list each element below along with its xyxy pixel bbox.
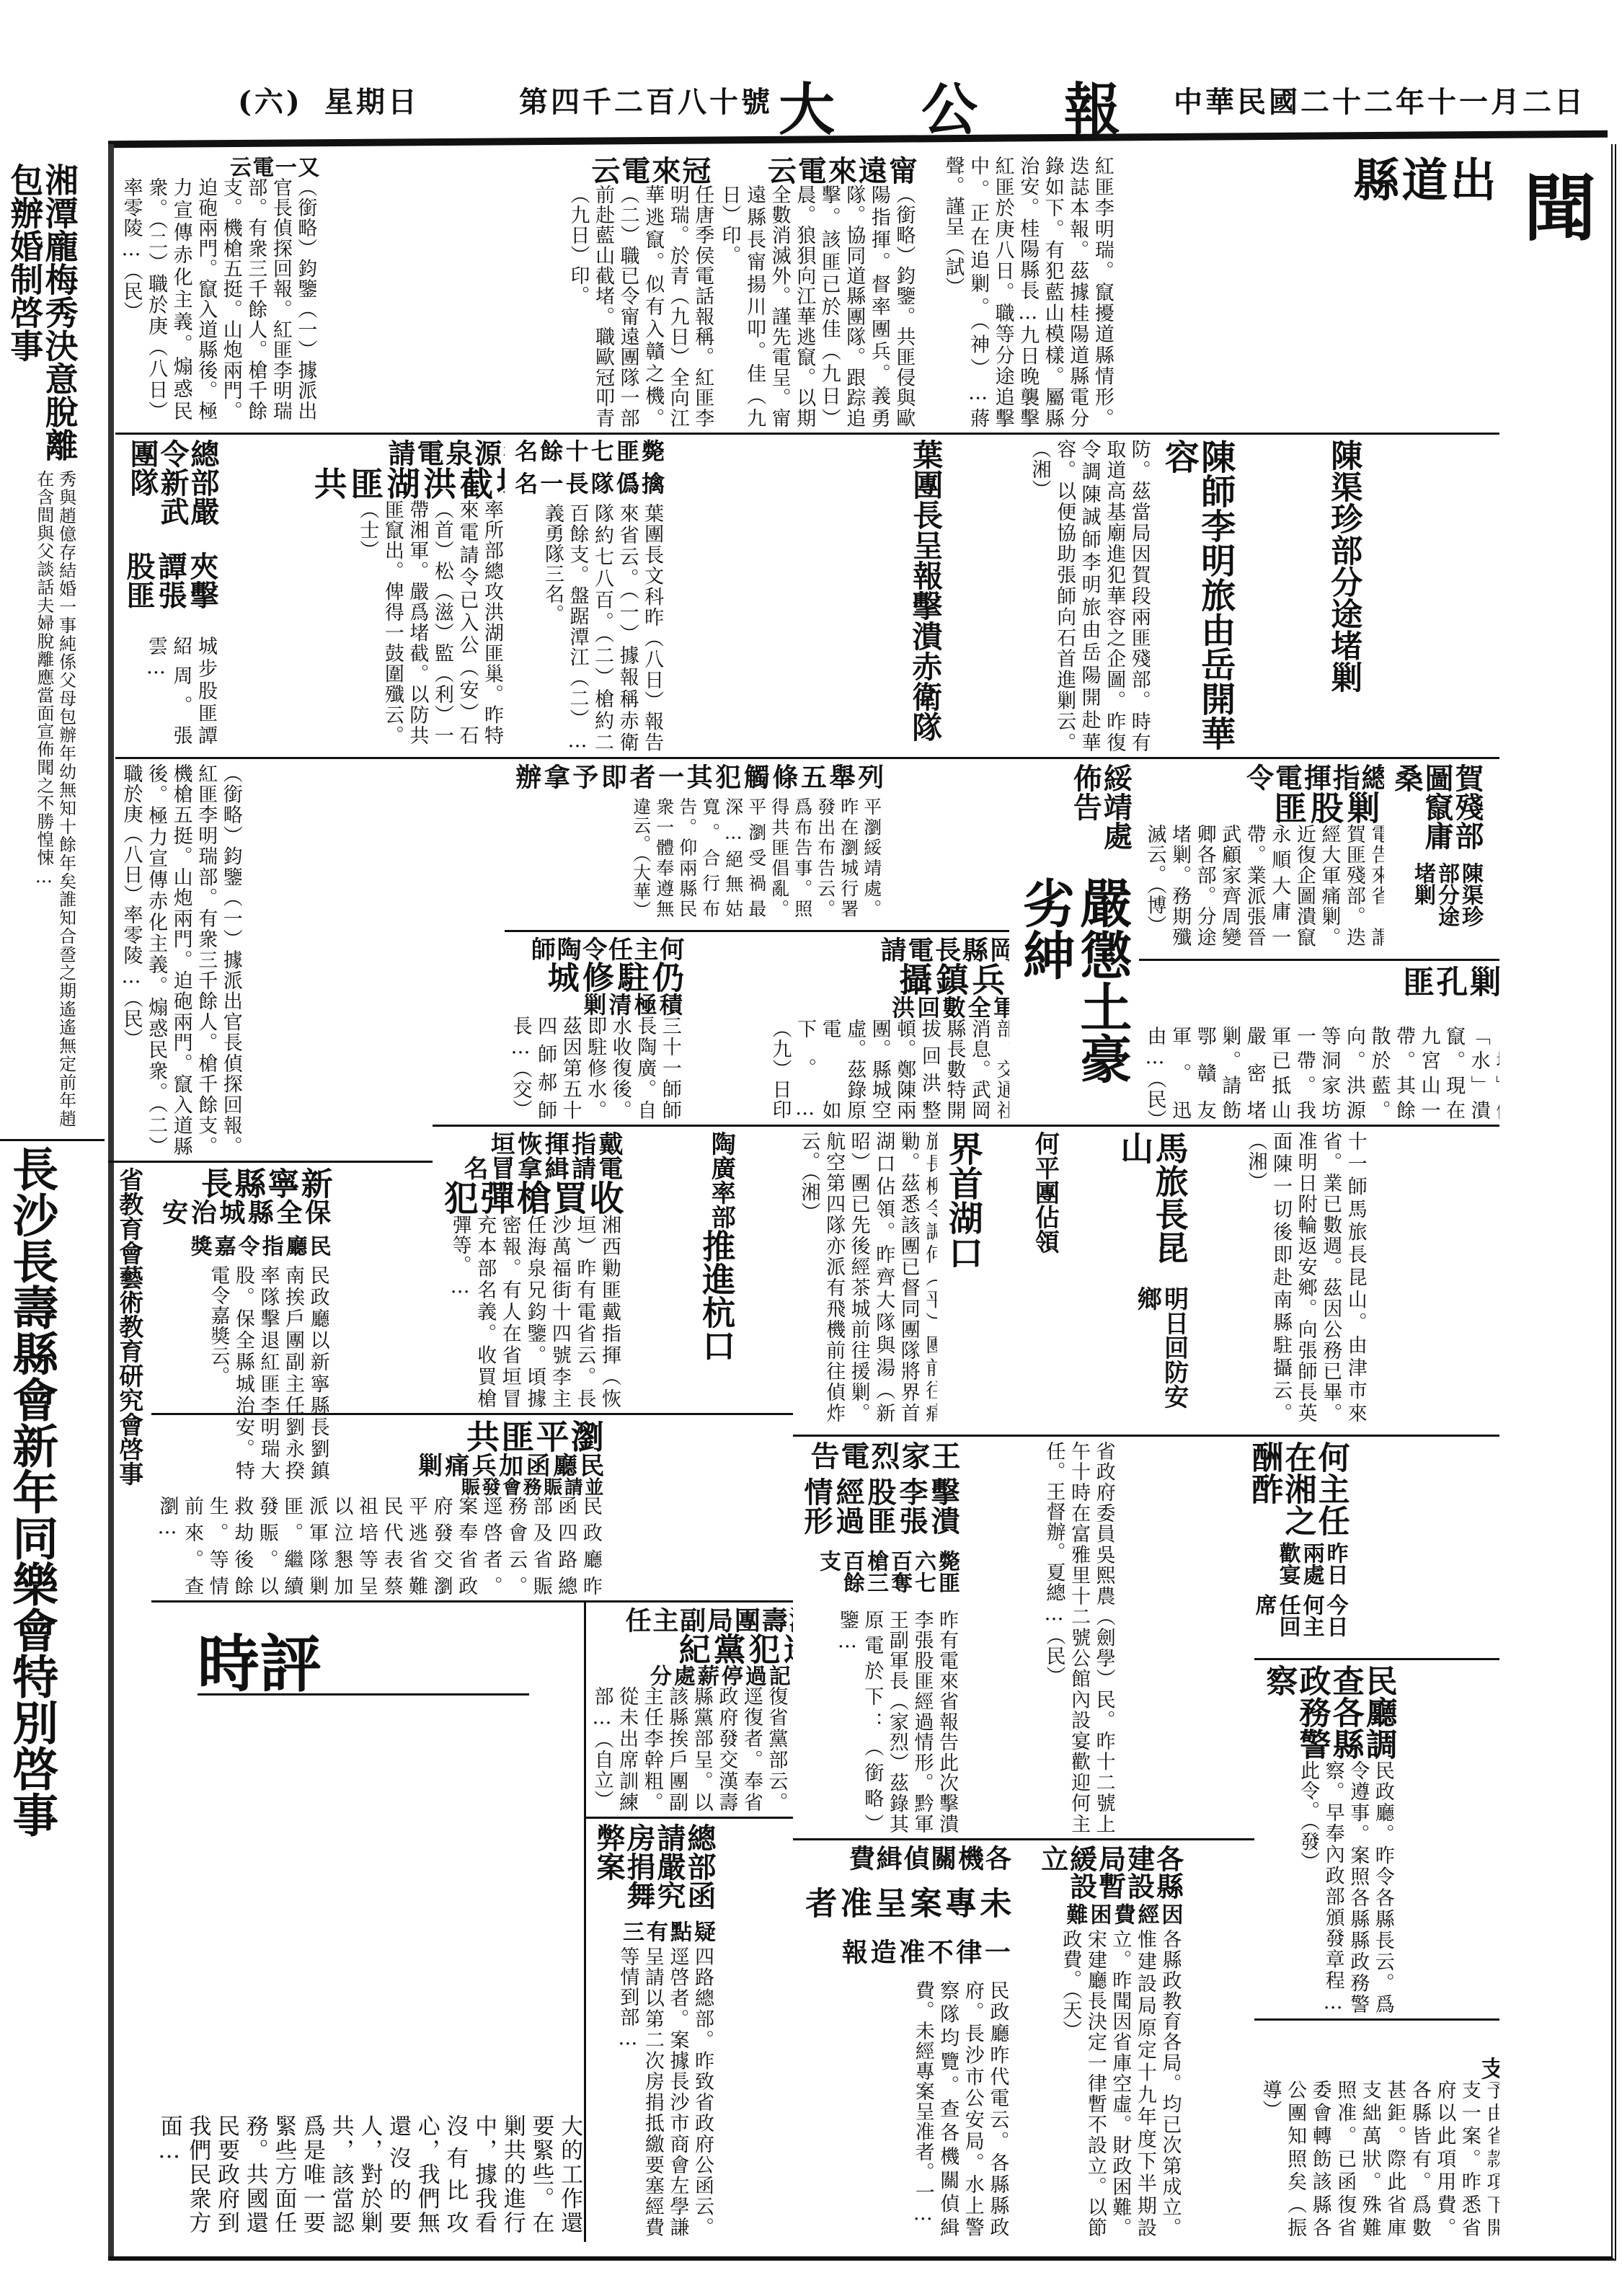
article-he-yongsang: 賀殘部圖竄庸桑 陳渠珍部分途堵剿 (1384, 757, 1499, 952)
article-gongyi: 省教育會藝術教育研究會啓事 (108, 1161, 151, 2242)
article-subhead: 陳渠珍部分途堵剿 (1391, 862, 1482, 947)
article-taoshi: 何主任令陶師 仍駐修城 積極清剿 三十一師師長陶廣。自水收復後。即駐修水。茲因第… (505, 930, 764, 1125)
article-subhead: 今日何主任回席 (1247, 1594, 1347, 1654)
article-subhead: 黔軍全數回洪 (771, 996, 1009, 1019)
article-ye-regiment: 葉團長呈報 擊潰赤衛隊 (901, 433, 1024, 757)
article-body: 省政府委員吳熙農（劍學）民。昨十二號上午十時在富雅里十二號公館內設宴歡迎何主任。… (1041, 1441, 1116, 1834)
masthead: (六) 星期日 第四千二百八十號 大公報 中華民國二十二年十一月二日 (216, 65, 1600, 130)
article-ma-brigade: 馬旅長昆山 明日回防安鄉 (1110, 1125, 1240, 1427)
article-subhead: 堵截洪湖匪共 (310, 466, 505, 500)
article-headline: 馬旅長昆山 (1117, 1131, 1187, 1286)
article-headline: 界首湖口 (944, 1131, 980, 1269)
article-chen-brigade-body: 南縣華容一帶。前有張英師高（維嶽）段（仲戡）周（瑞生）三團佈防。茲當局因賀段兩匪… (1024, 433, 1153, 757)
article-jieshou: 何平團佔領 (1024, 1125, 1110, 1427)
issue-number: 第四千二百八十號 (519, 79, 773, 120)
article-he-zhuren-body: 省政府委員吳熙農（劍學）民。昨十二號上午十時在富雅里十二號公館內設宴歡迎何主任。… (1038, 1435, 1240, 1838)
article-ye-regiment-body: 斃匪七十餘名 擒僞隊長一名 葉團長文科昨（八日）報告來省云。（一）據報稱赤衛隊約… (505, 433, 901, 757)
article-subhead: 擒僞隊長一名 (512, 471, 664, 504)
article-subhead: 請兵鎮攝 (771, 962, 1009, 996)
article-headline: 王東原部進剿孔匪 (1146, 965, 1499, 997)
commentary-section: 時評 (198, 1614, 322, 1703)
notice-headline: 湘潭龐梅秀決意脫離包辦婚制啓事 (7, 163, 77, 470)
article-subhead: 因經費困難 (1038, 1903, 1182, 1929)
article-subhead: 積極清剿 (512, 993, 682, 1016)
article-headline: 推進杭口 (699, 1229, 734, 1362)
article-meixiu-area: （銜略）鈞鑒（一）據派出官長偵探回報。紅匪李明瑞部。有衆三千餘人。槍千餘支。機槍… (115, 757, 505, 1161)
article-wang-dongyuan: 王東原部進剿孔匪 已達南江 王師長東原。昨有電來省。略謂孔匪大部經南江向通「城」… (1139, 959, 1499, 1125)
article-zhenjifei: 各機關偵緝費 未專案呈准者 一律不准造報 民政廳昨代電云。各縣縣政府。長沙市公安… (793, 1838, 1031, 2242)
article-ouguan: 歐冠來電云 （銜略）鈞鑒。（一）據主任唐季侯電話報稱。紅匪李明瑞。於青（九日）全… (562, 151, 714, 433)
article-headline: 收買槍彈犯 (440, 1180, 621, 1215)
article-subhead: 並請賑務會發賑 (159, 1477, 603, 1496)
article-headline: 歐冠來電云 (570, 156, 714, 185)
bottom-ad: 長沙長壽縣會新年同樂會特別啓事 (7, 1145, 56, 1838)
article-body: 各縣政教育各局。均已次第成立。惟建設局原定十九年度下半期設立。昨聞因省庫空虛。財… (1034, 1929, 1182, 2238)
article-subhead: 逃竄江華有犯藍山模樣 (1348, 241, 1499, 302)
article-headline: 賀殘部圖竄庸桑 (1391, 763, 1482, 862)
article-body: 城步股匪譚紹周。張雲… (118, 636, 218, 745)
section-title-box: 本省新聞 (1499, 166, 1600, 469)
article-subhead: 明日回防安鄉 (1117, 1286, 1187, 1423)
article-hanshou: 漢壽團局副主任 違犯黨紀 予記過停薪處分 民政廳。昨函復省黨部云。逕復者。奉省政… (584, 1600, 793, 1817)
ornament-rule (198, 1693, 529, 1696)
article-body: 民政廳昨代電云。各縣縣政府。長沙市公安局。水上警察隊均覽。查各機關偵緝費。未經專… (796, 1980, 1009, 2238)
article-subhead: 列舉五條觸犯其一者即予拿辦 (512, 763, 883, 797)
article-headline: 總部函請嚴究房捐舞弊案 (593, 1823, 714, 1920)
article-xinwu: 總部嚴令新武團隊 夾擊譚張股匪 城步股匪譚紹周。張雲… (115, 433, 303, 750)
article-subhead: 擊潰李張股匪經過情形 (800, 1477, 959, 1550)
commentary-box: 時評 提撕剿共的心理 平 天下的事情在我們去做儘管做得成功，其所以不能成功乃至於… (151, 1600, 584, 2249)
article-ma-brigade-pre: 十一師馬旅長昆山。由津市來省。業已數週。茲因公務已畢。准明日附輪返安鄉。向張師長… (1240, 1125, 1499, 1427)
article-wugang: 武岡縣長電請 請兵鎮攝 黔軍全數回洪 以王家烈部。交通社消息。武岡縣長數特開拔回… (764, 930, 1009, 1125)
article-body: 茶陵陳譚兩匪。近復由嚴塘竟水。竄擾界首湖口一帶。會經陶旅長柳令調何（平）團前往痛… (796, 1131, 937, 1423)
article-jieshou-head: 界首湖口 (937, 1125, 1024, 1427)
article-body: 以王家烈部。交通社消息。武岡縣長數特開拔回洪整頓。鄭陳兩團。縣城空虛。茲錄原電如… (767, 1019, 1009, 1120)
article-body: 三十一師師長陶廣。自水收復後。即駐修水。茲因第五十四師郝師長…（交） (508, 1016, 682, 1120)
article-headline: 軍差用費 (1262, 2025, 1499, 2057)
article-headline: 葉團長呈報 (908, 439, 941, 590)
publication-date: 中華民國二十二年十一月二日 (1174, 79, 1586, 120)
article-liuping: 瀏平匪共 民廳函加兵痛剿 並請賑務會發賑 民政廳昨函四路總部及省賑務會云。逕啓者… (151, 1413, 793, 1600)
article-headline: 李匪明瑞退出道縣 (1348, 156, 1499, 241)
article-body: 民政廳。昨函復省黨部云。逕復者。奉省政府發交漢壽縣黨部呈。以該縣挨戶團副主任李幹… (589, 1686, 793, 1812)
article-headline: 新寧縣長 (159, 1167, 330, 1199)
article-subhead: 疑點有三 (593, 1920, 714, 1947)
commentary-header: 時評 (154, 1607, 581, 1701)
article-headline: 民廳調查各縣政務警察 (1262, 1665, 1395, 1760)
article-police: 民廳調查各縣政務警察 民政廳。昨令各縣長云。爲令遵事。案照各縣縣政務警察。早奉內… (1254, 1658, 1499, 2018)
article-headline: 總部嚴令新武團隊 (123, 439, 218, 551)
article-junchai: 軍差用費 礙難由省款開支 據邵陽縣各公法團呈。以該縣自去年七月份起。至十九年十月… (1254, 2018, 1499, 2242)
article-subhead: 擊潰赤衛隊 (908, 590, 941, 742)
article-body: 徐督辦源泉。現正在岳口督率所部總攻洪湖匪巢。昨特來電請令已入公（安）石（首）松（… (306, 500, 505, 745)
article-body: 湘西勦匪戴指揮（恢垣）昨有電省云。長沙萬福街十四號李主任海泉兄鈞鑒。頃據密報。有… (435, 1215, 621, 1409)
article-headline: 何總指揮電令 (1146, 763, 1384, 791)
article-body: 王師長東原。昨有電來省。略謂孔匪大部經南江向通「城」修「水」潰竄。現在九宮山一帶… (1142, 1026, 1499, 1120)
article-body: 十一師馬旅長昆山。由津市來省。業已數週。茲因公務已畢。准明日附輪返安鄉。向張師長… (1243, 1131, 1368, 1423)
article-another-telegram: 又一電云 （銜略）鈞鑒（一）據派出官長偵探回報。紅匪李明瑞部。有衆三千餘人。槍千… (115, 151, 562, 425)
article-body: （銜略）鈞鑒（一）據派出官長偵探回報。紅匪李明瑞部。有衆三千餘人。槍千餘支。機槍… (118, 177, 317, 421)
article-headline: 漢壽團局副主任 (593, 1607, 793, 1633)
article-body: 民政廳。昨令各縣長云。爲令遵事。案照各縣縣政務警察。早奉內政部頒發章程…此令。（… (1257, 1760, 1395, 2014)
article-body: 平瀏綏靖處。昨在瀏城行署發出布告云。爲布告事。照得共匪倡亂。平瀏受禍最深…絕無姑… (508, 797, 883, 918)
article-headline: 省教育會藝術教育研究會啓事 (115, 1167, 141, 1486)
article-body: 民政廳昨函四路總部及省賑務會云。逕啓者。案奉省政府發交瀏平逃省難民代表蔡祖培等呈… (154, 1496, 603, 1596)
article-subhead: 保全縣城治安 (159, 1199, 330, 1235)
article-subhead: 予記過停薪處分 (593, 1665, 793, 1686)
article-subhead: 一律不准造報 (800, 1938, 1009, 1980)
article-body: （銜略）鈞鑒。（一）據主任唐季侯電話報稱。紅匪李明瑞。於青（九日）全向江華逃竄。… (565, 185, 714, 428)
article-headline: 綏靖處佈告 (1016, 763, 1130, 877)
article-suijing-notice-body: 列舉五條觸犯其一者即予拿辦 平瀏綏靖處。昨在瀏城行署發出布告云。爲布告事。照得共… (505, 757, 1009, 923)
article-subhead: 斃匪七十餘名 (512, 439, 664, 471)
article-subhead: 斃匪六七百奪槍三百餘支 (800, 1550, 959, 1610)
article-subhead: 歐冠電令團隊向江華追擊 (1348, 362, 1499, 428)
article-headline: 何主任令陶師 (512, 936, 682, 961)
article-subhead: 戴指揮恢垣 (440, 1131, 621, 1156)
commentary-author: 平 (159, 1742, 584, 2114)
article-li-retreat: 李匪明瑞退出道縣 逃竄江華有犯藍山模樣 道縣縣長葉已回縣辦公 歐冠電令團隊向江華… (1341, 151, 1499, 433)
article-li-retreat-body: 紅匪李明瑞。竄擾道縣情形。迭誌本報。茲據桂陽道縣電分錄如下。有犯藍山模樣。屬縣治… (937, 151, 1341, 433)
article-suijing-notice: 綏靖處佈告 嚴懲土豪劣紳 (1009, 757, 1139, 1125)
article-subhead: 仍駐修城 (512, 961, 682, 993)
commentary-body: 天下的事情在我們去做儘管做得成功，其所以不能成功乃至於失敗者，就是完全恃這顆心爲… (154, 2114, 584, 2234)
article-hangkou: 陶廣率部 推進杭口 (692, 1125, 793, 1427)
article-chen-brigade: 陳師李明旅由岳開華容 (1153, 433, 1319, 757)
article-headline: 甯遠來電云 (721, 156, 916, 185)
article-body: （銜略）鈞鑒。共匪侵與歐陽指揮。督率團兵。義勇隊。協同道縣團隊。跟踪追擊。該匪已… (717, 185, 916, 428)
article-wang-jiali: 王家烈電告 擊潰李張股匪經過情形 斃匪六七百奪槍三百餘支 昨有電來省報告此次擊潰… (793, 1435, 1038, 1838)
page-number: (六) (238, 79, 303, 120)
article-body: 紅匪李明瑞。竄擾道縣情形。迭誌本報。茲據桂陽道縣電分錄如下。有犯藍山模樣。屬縣治… (940, 156, 1114, 428)
article-fangjuan: 總部函請嚴究房捐舞弊案 疑點有三 四路總部。昨致省政府公函云。逕啓者。案據長沙市… (584, 1817, 793, 2242)
article-body: 四路總部。昨致省政府公函云。逕啓者。案據長沙市商會左學謙呈請以第二次房捐抵繳要塞… (589, 1946, 714, 2238)
article-he-zhuren: 何主任在湘之酬酢 昨日兩處歡宴 今日何主任回席 (1240, 1435, 1499, 1658)
commentary-title: 提撕剿共的心理 (159, 1701, 584, 1742)
article-subhead: 違犯黨紀 (593, 1633, 793, 1665)
article-subhead: 夾擊譚張股匪 (123, 551, 218, 636)
article-ningyuan: 甯遠來電云 （銜略）鈞鑒。共匪侵與歐陽指揮。督率團兵。義勇隊。協同道縣團隊。跟踪… (714, 151, 937, 433)
article-subhead: 電請緝拿冒名 (440, 1156, 621, 1180)
article-body: （銜略）鈞鑒（一）據派出官長偵探回報。紅匪李明瑞部。有衆三千餘人。槍千餘支。機槍… (118, 763, 243, 1156)
article-headline: 何主任在湘之酬酢 (1247, 1441, 1347, 1542)
article-headline: 徐源泉電請 (310, 439, 505, 466)
article-subhead: 陶廣率部 (699, 1131, 734, 1229)
article-subhead: 未專案呈准者 (800, 1887, 1009, 1938)
article-headline: 武岡縣長電請 (771, 936, 1009, 962)
section-title: 本省新聞 (1502, 170, 1600, 464)
article-headline: 王家烈電告 (800, 1441, 959, 1477)
article-xu-yuanquan: 徐源泉電請 堵截洪湖匪共 徐督辦源泉。現正在岳口督率所部總攻洪湖匪巢。昨特來電請… (303, 433, 505, 750)
article-subhead: 礙難由省款開支 (1262, 2057, 1499, 2080)
article-headline: 各縣建設局暫緩設立 (1038, 1845, 1182, 1903)
article-headline: 陳渠珍部分途堵剿 (1326, 439, 1360, 693)
article-subhead: 何平團佔領 (1031, 1131, 1058, 1254)
article-headline: 陳師李明旅由岳開華容 (1161, 439, 1233, 753)
article-body: 據邵陽縣各公法團呈。以該縣自去年七月份起。至十九年十月份底止。承辦軍差用費久懸。… (1257, 2080, 1499, 2238)
article-jianshe: 各縣建設局暫緩設立 因經費困難 各縣政教育各局。均已次第成立。惟建設局原定十九年… (1031, 1838, 1254, 2242)
article-subhead: 民廳函加兵痛剿 (159, 1453, 603, 1477)
article-headline: 各機關偵緝費 (800, 1845, 1009, 1887)
weekday: 星期日 (324, 79, 420, 120)
article-headline: 瀏平匪共 (159, 1419, 603, 1453)
article-subhead: 道縣縣長葉已回縣辦公 (1348, 301, 1499, 362)
article-budget: 陳渠珍部分途堵剿 (1319, 433, 1499, 757)
article-body: 陳司令渠珍昨電告來省。謂賀匪殘部。迭經大軍痛剿。近復企圖潰竄永順大庸一帶。業派張… (1142, 824, 1384, 947)
article-dai-huiyuan: 戴指揮恢垣 電請緝拿冒名 收買槍彈犯 湘西勦匪戴指揮（恢垣）昨有電省云。長沙萬福… (433, 1125, 692, 1413)
article-body: 葉團長文科昨（八日）報告來省云。（一）據報稱赤衛隊約七八百。（二）槍約二百餘支。… (508, 503, 664, 753)
article-headline: 又一電云 (123, 156, 317, 177)
article-subhead: 民廳指令嘉獎 (159, 1235, 330, 1265)
article-body: 昨有電來省報告此次擊潰李張股匪經過情形。黔軍王副軍長（家烈）茲錄其原電於下：（銜… (796, 1610, 959, 1834)
article-body: 南縣華容一帶。前有張英師高（維嶽）段（仲戡）周（瑞生）三團佈防。茲當局因賀段兩匪… (1027, 439, 1153, 753)
notice-body: 秀與趙億存結婚一事純係父母包辦年幼無知十餘年矣誰知合巹之期遙遙無定前年趙在含間與… (3, 470, 77, 1127)
notices-strip: 湘潭龐梅秀決意脫離包辦婚制啓事 秀與趙億存結婚一事純係父母包辦年幼無知十餘年矣誰… (0, 144, 114, 2256)
article-subhead: 嚴懲土豪劣紳 (1016, 877, 1130, 1120)
article-subhead: 搜剿股匪 (1146, 791, 1384, 824)
article-jieshou-body: 茶陵陳譚兩匪。近復由嚴塘竟水。竄擾界首湖口一帶。會經陶旅長柳令調何（平）團前往痛… (793, 1125, 937, 1427)
article-he-qian: 何總指揮電令 搜剿股匪 陳司令渠珍昨電告來省。謂賀匪殘部。迭經大軍痛剿。近復企圖… (1139, 757, 1384, 952)
article-subhead: 已達南江 (1146, 997, 1499, 1026)
article-subhead: 昨日兩處歡宴 (1247, 1542, 1347, 1594)
